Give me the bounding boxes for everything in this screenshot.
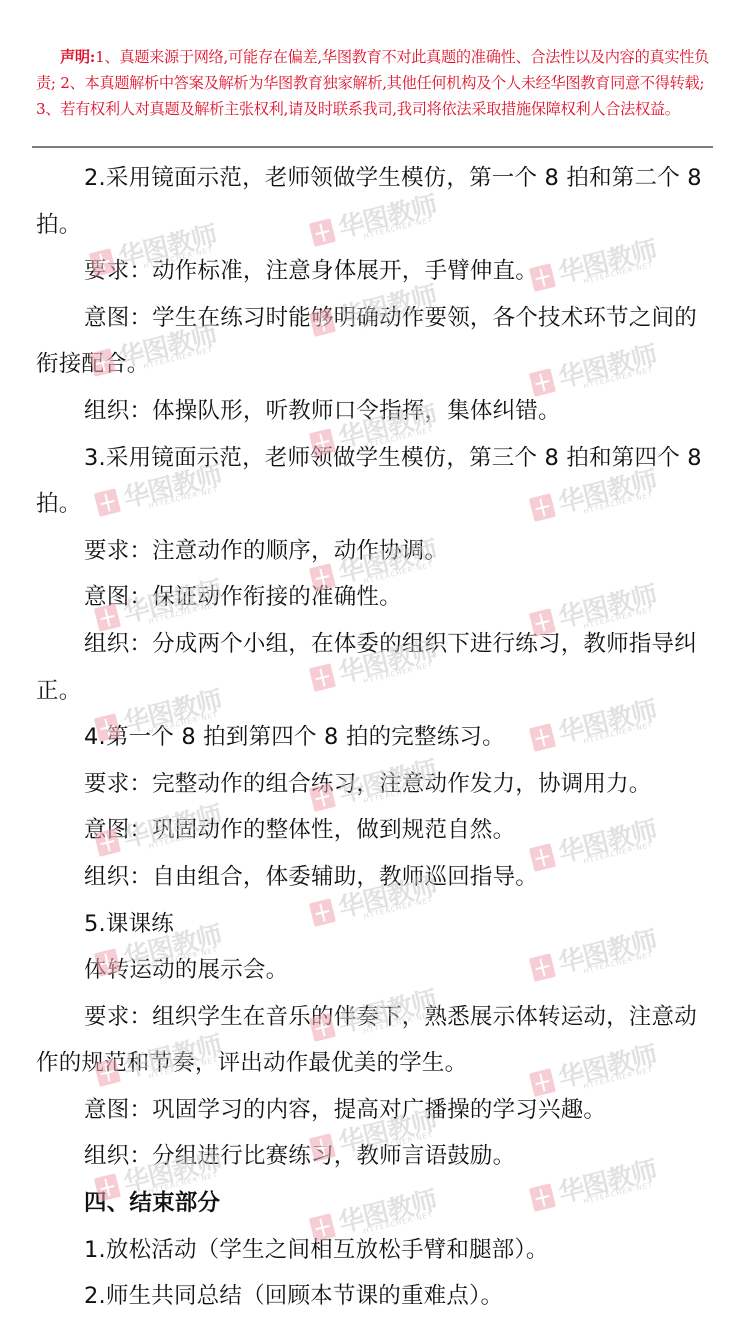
step5-title: 5.课课练 (36, 901, 716, 948)
step5-requirement: 要求：组织学生在音乐的伴奏下，熟悉展示体转运动，注意动作的规范和节奏，评出动作最… (36, 994, 716, 1087)
step2-organization: 组织：体操队形，听教师口令指挥，集体纠错。 (36, 388, 716, 435)
disclaimer-lead: 声明: (60, 48, 95, 66)
step4-intent: 意图：巩固动作的整体性，做到规范自然。 (36, 807, 716, 854)
ending-item-2: 2.师生共同总结（回顾本节课的重难点）。 (36, 1273, 716, 1320)
step3-title: 3.采用镜面示范，老师领做学生模仿，第三个 8 拍和第四个 8 拍。 (36, 435, 716, 528)
step2-requirement: 要求：动作标准，注意身体展开，手臂伸直。 (36, 248, 716, 295)
step5-activity: 体转运动的展示会。 (36, 947, 716, 994)
disclaimer-text: 1、真题来源于网络,可能存在偏差,华图教育不对此真题的准确性、合法性以及内容的真… (36, 48, 709, 118)
step4-organization: 组织：自由组合，体委辅助，教师巡回指导。 (36, 854, 716, 901)
document-body: 2.采用镜面示范，老师领做学生模仿，第一个 8 拍和第二个 8 拍。 要求：动作… (36, 155, 716, 1320)
step3-organization: 组织：分成两个小组，在体委的组织下进行练习，教师指导纠正。 (36, 621, 716, 714)
step2-title: 2.采用镜面示范，老师领做学生模仿，第一个 8 拍和第二个 8 拍。 (36, 155, 716, 248)
disclaimer: 声明:1、真题来源于网络,可能存在偏差,华图教育不对此真题的准确性、合法性以及内… (36, 44, 712, 122)
step2-intent: 意图：学生在练习时能够明确动作要领，各个技术环节之间的衔接配合。 (36, 295, 716, 388)
step5-intent: 意图：巩固学习的内容，提高对广播操的学习兴趣。 (36, 1087, 716, 1134)
ending-heading: 四、结束部分 (36, 1180, 716, 1227)
step3-requirement: 要求：注意动作的顺序，动作协调。 (36, 528, 716, 575)
ending-item-1: 1.放松活动（学生之间相互放松手臂和腿部）。 (36, 1227, 716, 1274)
step4-requirement: 要求：完整动作的组合练习，注意动作发力，协调用力。 (36, 761, 716, 808)
divider-rule (32, 146, 713, 148)
step3-intent: 意图：保证动作衔接的准确性。 (36, 574, 716, 621)
step4-title: 4.第一个 8 拍到第四个 8 拍的完整练习。 (36, 714, 716, 761)
step5-organization: 组织：分组进行比赛练习，教师言语鼓励。 (36, 1133, 716, 1180)
